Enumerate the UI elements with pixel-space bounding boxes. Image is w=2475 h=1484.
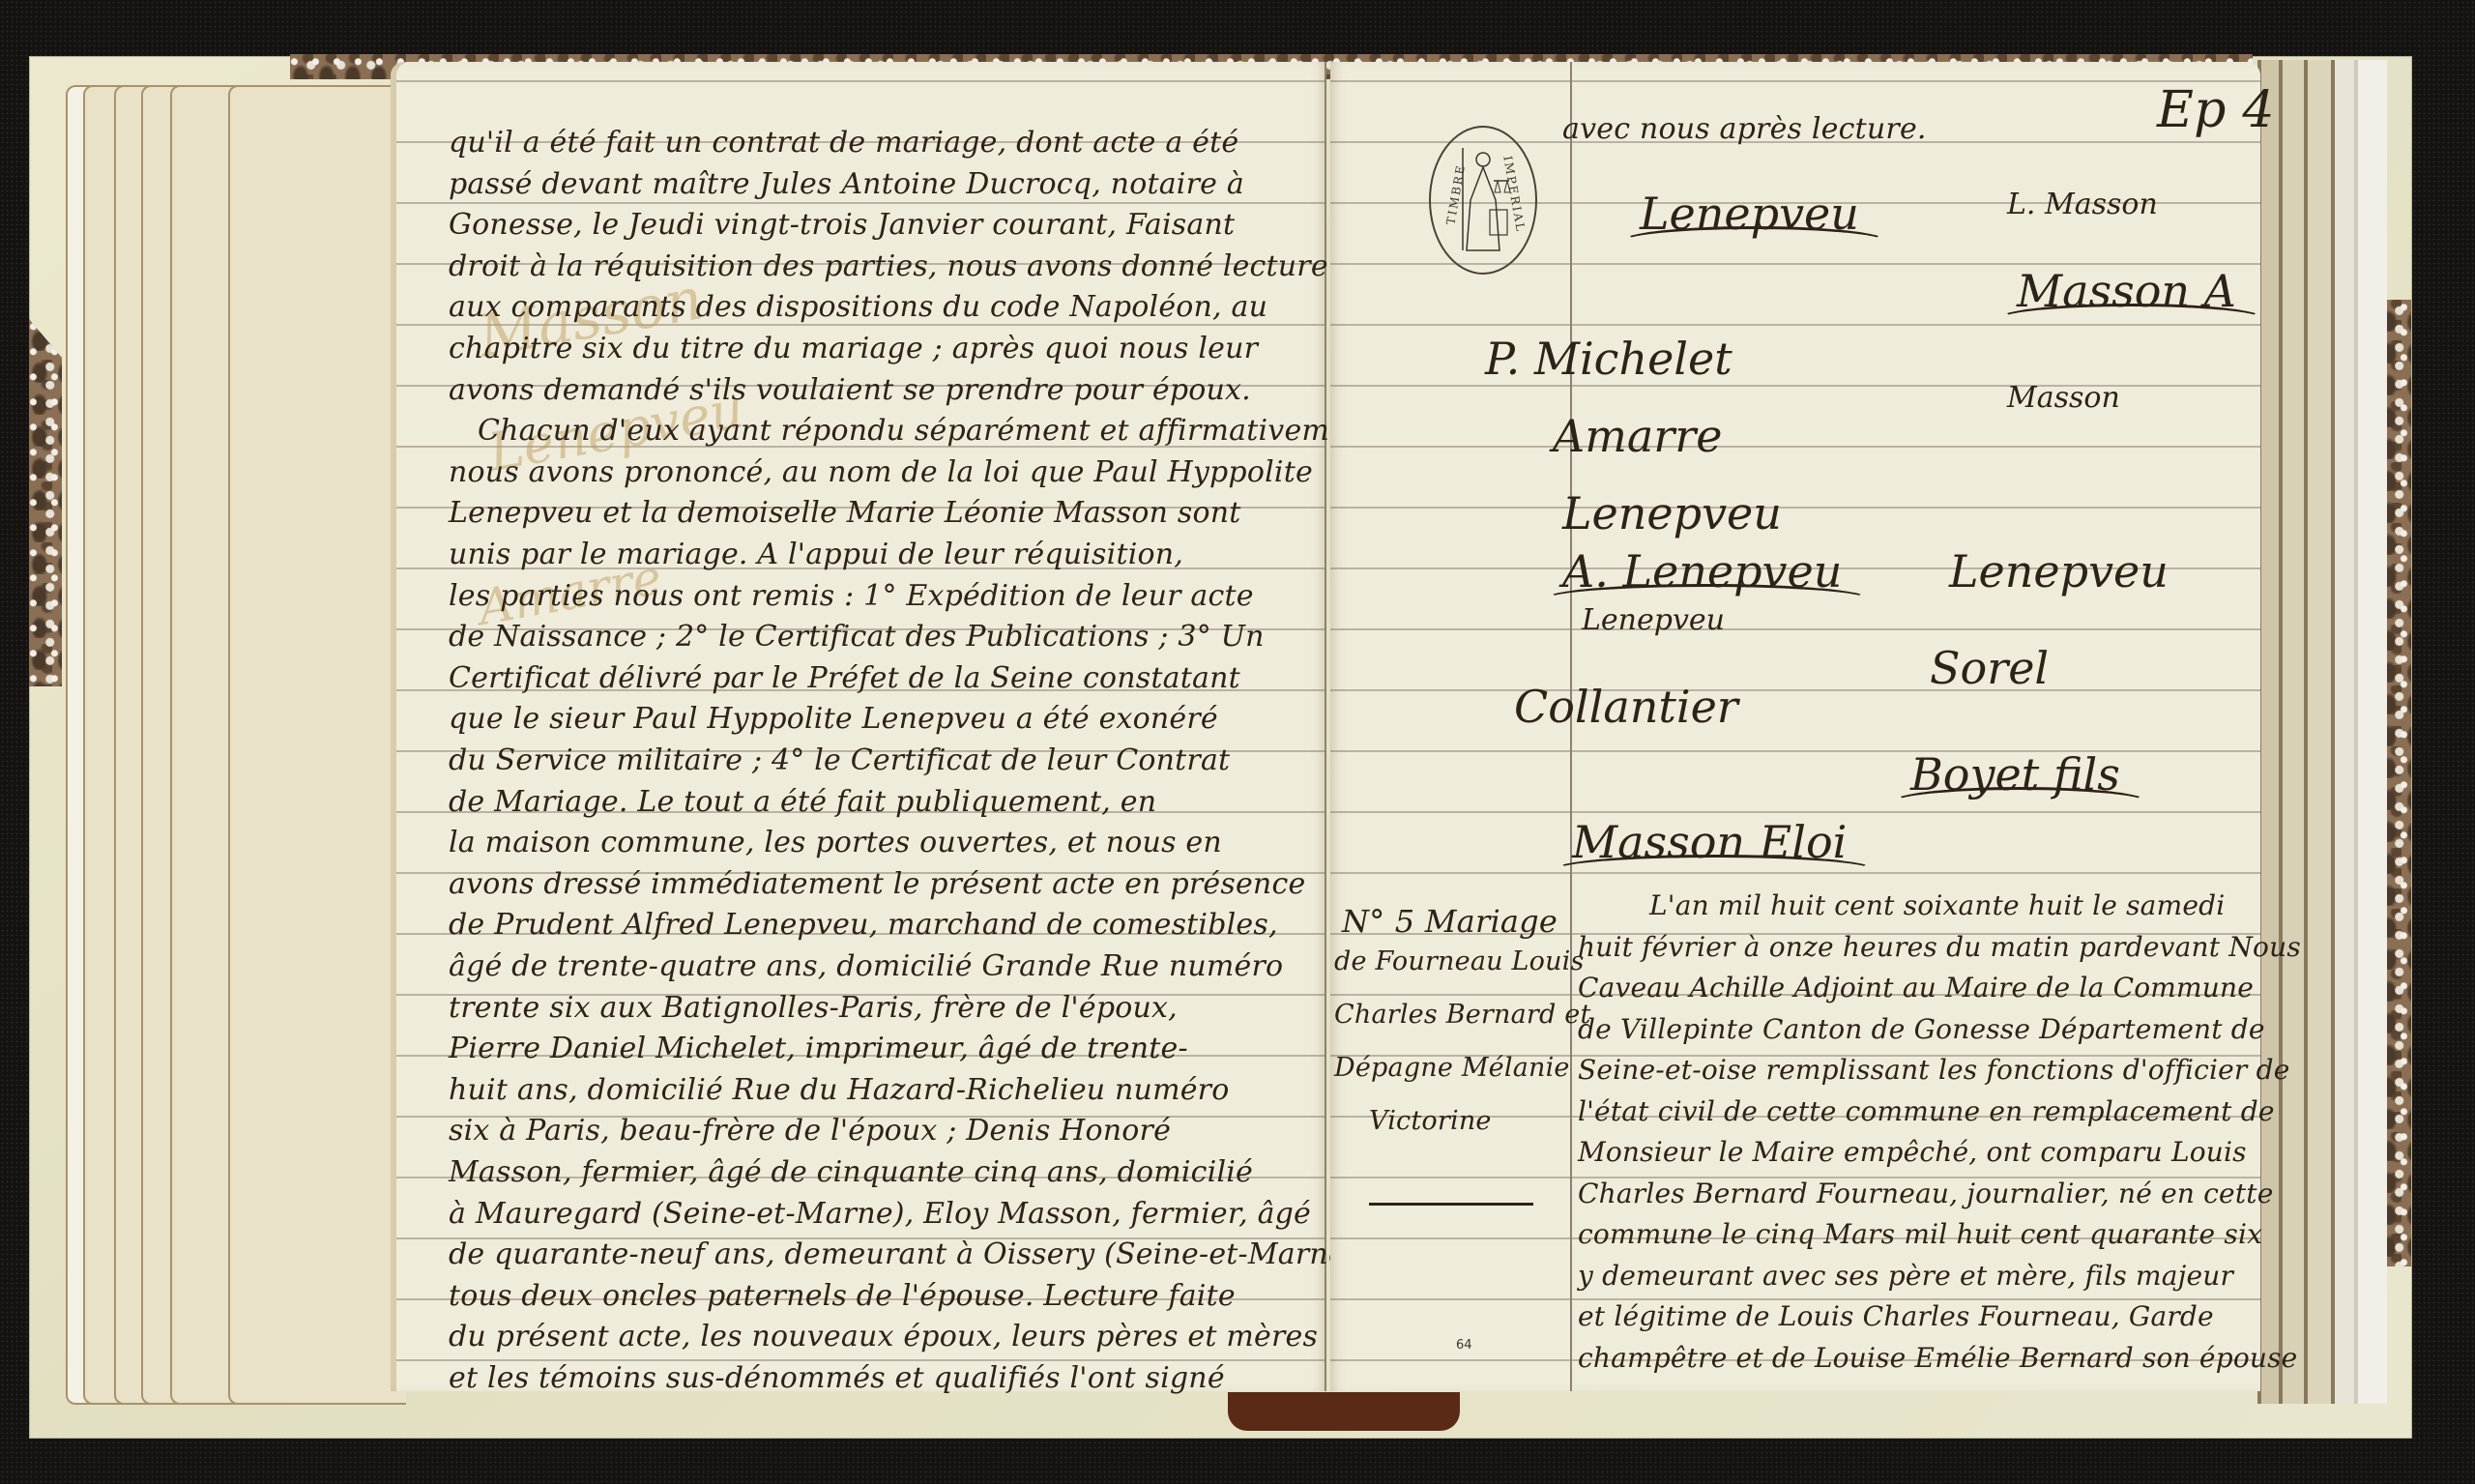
handwritten-line: trente six aux Batignolles-Paris, frère … (449, 991, 1178, 1025)
handwritten-line: que le sieur Paul Hyppolite Lenepveu a é… (449, 702, 1218, 736)
handwritten-line: de Prudent Alfred Lenepveu, marchand de … (449, 908, 1278, 942)
right-page-stack (2257, 60, 2383, 1404)
signature: Amarre (1553, 410, 1722, 462)
handwritten-line: de quarante-neuf ans, demeurant à Oisser… (449, 1237, 1357, 1271)
handwritten-line: de Mariage. Le tout a été fait publiquem… (449, 785, 1156, 819)
handwritten-line: Pierre Daniel Michelet, imprimeur, âgé d… (449, 1032, 1188, 1065)
handwritten-line: Certificat délivré par le Préfet de la S… (449, 661, 1240, 695)
handwritten-line: six à Paris, beau-frère de l'époux ; Den… (449, 1114, 1171, 1148)
margin-entry-line: Charles Bernard et (1334, 1000, 1591, 1030)
handwritten-line: huit ans, domicilié Rue du Hazard-Richel… (449, 1073, 1229, 1107)
signature: Sorel (1930, 642, 2049, 694)
signature: Lenepveu (1640, 188, 1859, 240)
handwritten-line: qu'il a été fait un contrat de mariage, … (449, 126, 1238, 160)
handwritten-line: y demeurant avec ses père et mère, fils … (1578, 1260, 2233, 1292)
imperial-tax-stamp: TIMBRE IMPERIAL (1429, 126, 1537, 275)
signature: Lenepveu (1949, 545, 2169, 597)
signature: Lenepveu (1582, 603, 1725, 637)
handwritten-line: unis par le mariage. A l'appui de leur r… (449, 538, 1183, 571)
handwritten-line: à Mauregard (Seine-et-Marne), Eloy Masso… (449, 1197, 1311, 1231)
handwritten-line: Masson, fermier, âgé de cinquante cinq a… (449, 1155, 1253, 1189)
handwritten-line: tous deux oncles paternels de l'épouse. … (449, 1279, 1236, 1313)
handwritten-line: avons dressé immédiatement le présent ac… (449, 867, 1305, 901)
handwritten-line: et les témoins sus-dénommés et qualifiés… (449, 1361, 1225, 1395)
signature: L. Masson (2007, 188, 2158, 221)
margin-underline (1369, 1203, 1533, 1206)
handwritten-line: Lenepveu et la demoiselle Marie Léonie M… (449, 496, 1241, 530)
handwritten-line: de Villepinte Canton de Gonesse Départem… (1578, 1013, 2265, 1045)
handwritten-line: commune le cinq Mars mil huit cent quara… (1578, 1218, 2262, 1250)
handwritten-line: l'état civil de cette commune en remplac… (1578, 1095, 2275, 1127)
handwritten-line: aux comparants des dispositions du code … (449, 290, 1267, 324)
signature: Collantier (1514, 681, 1738, 733)
handwritten-line: âgé de trente-quatre ans, domicilié Gran… (449, 949, 1283, 983)
handwritten-line: champêtre et de Louise Emélie Bernard so… (1578, 1342, 2297, 1374)
handwritten-line: Chacun d'eux ayant répondu séparément et… (478, 414, 1387, 448)
handwritten-line: du Service militaire ; 4° le Certificat … (449, 743, 1230, 777)
handwritten-line: chapitre six du titre du mariage ; après… (449, 332, 1258, 365)
handwritten-line: passé devant maître Jules Antoine Ducroc… (449, 167, 1244, 201)
handwritten-line: Gonesse, le Jeudi vingt-trois Janvier co… (449, 208, 1235, 242)
signature: Masson Eloi (1572, 816, 1847, 868)
handwritten-line: Monsieur le Maire empêché, ont comparu L… (1578, 1136, 2247, 1168)
signature: Masson A (2017, 265, 2236, 317)
leather-spine (1228, 1392, 1460, 1431)
marbled-endpaper-left (29, 319, 62, 686)
handwritten-line: huit février à onze heures du matin pard… (1578, 931, 2301, 963)
left-page: Masson Lenepveu Amarre qu'il a été fait … (391, 62, 1326, 1391)
margin-entry-line: Victorine (1369, 1106, 1492, 1136)
signature: Masson (2007, 381, 2120, 415)
handwritten-line: Charles Bernard Fourneau, journalier, né… (1578, 1178, 2274, 1209)
signature: Lenepveu (1562, 487, 1782, 539)
handwritten-line: Seine-et-oise remplissant les fonctions … (1578, 1054, 2290, 1086)
handwritten-line: Caveau Achille Adjoint au Maire de la Co… (1578, 972, 2254, 1004)
handwritten-line: du présent acte, les nouveaux époux, leu… (449, 1320, 1318, 1353)
folio-number: Ep 4 (2157, 81, 2275, 139)
closing-line: avec nous après lecture. (1562, 112, 1927, 146)
margin-entry-line: de Fourneau Louis (1334, 946, 1585, 976)
page-number: 64 (1456, 1338, 1472, 1353)
signature: P. Michelet (1485, 333, 1732, 385)
handwritten-line: avons demandé s'ils voulaient se prendre… (449, 373, 1251, 407)
signature: A. Lenepveu (1562, 545, 1842, 597)
handwritten-line: L'an mil huit cent soixante huit le same… (1649, 889, 2225, 921)
handwritten-line: nous avons prononcé, au nom de la loi qu… (449, 455, 1313, 489)
handwritten-line: la maison commune, les portes ouvertes, … (449, 826, 1222, 859)
handwritten-line: et légitime de Louis Charles Fourneau, G… (1578, 1300, 2214, 1332)
signature: Boyet fils (1910, 748, 2120, 800)
left-page-stack (66, 85, 404, 1405)
margin-entry-line: Dépagne Mélanie (1334, 1053, 1570, 1083)
handwritten-line: les parties nous ont remis : 1° Expéditi… (449, 579, 1254, 613)
act-number-heading: N° 5 Mariage (1342, 903, 1558, 940)
handwritten-line: de Naissance ; 2° le Certificat des Publ… (449, 620, 1265, 654)
handwritten-line: droit à la réquisition des parties, nous… (449, 249, 1328, 283)
